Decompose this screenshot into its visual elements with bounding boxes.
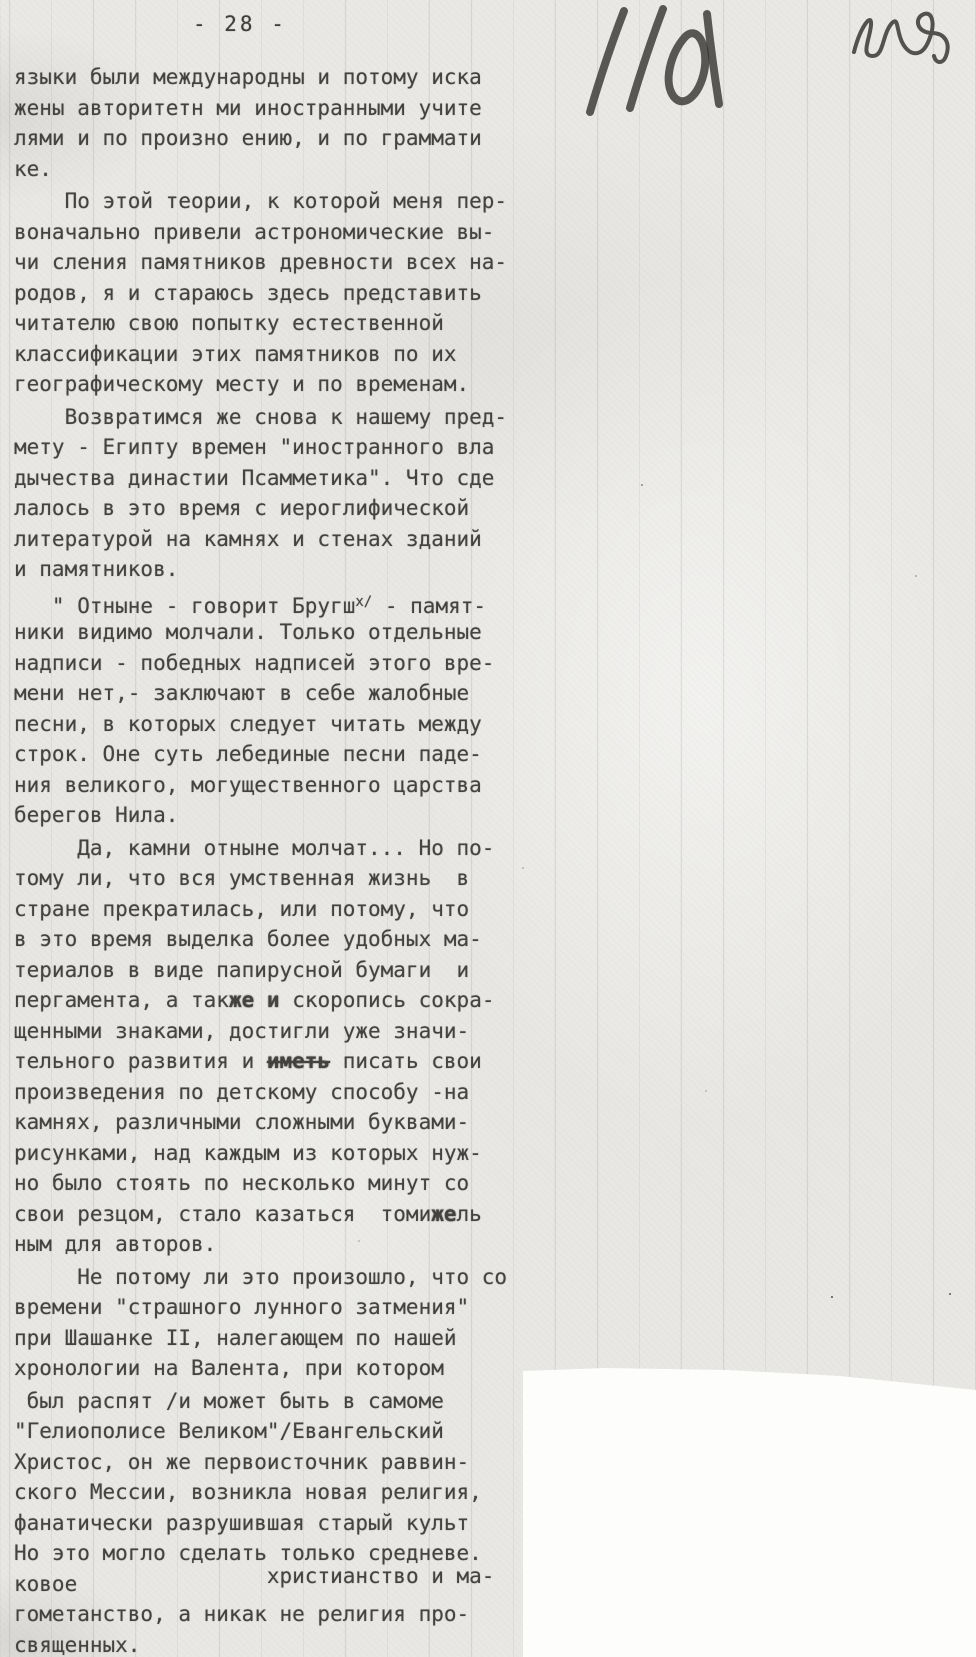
text-line: дычества династии Псамметика". Что сде: [14, 463, 530, 494]
text-segment: ния великого, могущественного царства: [14, 773, 482, 797]
text-segment: ль: [457, 1202, 482, 1226]
text-line: хронологии на Валента, при котором: [14, 1353, 530, 1384]
text-line: Не потому ли это произошло, что со: [14, 1262, 530, 1293]
text-line: надписи - победных надписей этого вре-: [14, 648, 530, 679]
text-segment: тельного развития и: [14, 1049, 267, 1073]
text-segment: языки были международны и потому иска: [14, 65, 482, 89]
text-segment: фанатически разрушившая старый культ: [14, 1511, 469, 1535]
text-line: щенными знаками, достигли уже значи-: [14, 1016, 530, 1047]
text-segment: географическому месту и по временам.: [14, 372, 469, 396]
text-line: " Отныне - говорит Бругшх/ - памят-: [14, 587, 530, 618]
text-line: времени "страшного лунного затмения": [14, 1292, 530, 1323]
text-line: ния великого, могущественного царства: [14, 770, 530, 801]
text-line: териалов в виде папирусной бумаги и: [14, 955, 530, 986]
handwritten-corner-mark: [848, 6, 966, 70]
text-segment: хронологии на Валента, при котором: [14, 1356, 444, 1380]
text-line: произведения по детскому способу -на: [14, 1077, 530, 1108]
text-segment: ным для авторов.: [14, 1232, 216, 1256]
text-segment-sup: х/: [355, 594, 372, 610]
torn-corner: [523, 1366, 976, 1657]
text-line: лями и по произно ению, и по граммати: [14, 123, 530, 154]
text-line: песни, в которых следует читать между: [14, 709, 530, 740]
paragraph: Не потому ли это произошло, что современ…: [14, 1262, 530, 1384]
text-line: воначально привели астрономические вы-: [14, 217, 530, 248]
text-line: Да, камни отныне молчат... Но по-: [14, 833, 530, 864]
text-line: свои резцом, стало казаться томижель: [14, 1199, 530, 1230]
text-line: пергамента, а также и скоропись сокра-: [14, 985, 530, 1016]
text-line: фанатически разрушившая старый культ: [14, 1508, 530, 1539]
text-segment: лалось в это время с иероглифической: [14, 496, 469, 520]
text-segment-b: и: [267, 988, 280, 1012]
text-segment: По этой теории, к которой меня пер-: [14, 189, 507, 213]
text-line: камнях, различными сложными буквами-: [14, 1107, 530, 1138]
text-segment: лями и по произно ению, и по граммати: [14, 126, 482, 150]
text-segment: - памят-: [372, 594, 486, 618]
handwritten-folio-number: [566, 4, 734, 122]
text-segment: [254, 988, 267, 1012]
text-line: классификации этих памятников по их: [14, 339, 530, 370]
text-segment: священных.: [14, 1633, 140, 1657]
text-line: читателю свою попытку естественной: [14, 308, 530, 339]
text-segment: и памятников.: [14, 557, 178, 581]
text-segment: скоропись сокра-: [280, 988, 495, 1012]
text-segment: Но это могло сделать только средневе.: [14, 1541, 482, 1565]
text-line: лалось в это время с иероглифической: [14, 493, 530, 524]
paragraph: Возвратимся же снова к нашему пред-мету …: [14, 402, 530, 585]
text-segment: мени нет,- заключают в себе жалобные: [14, 681, 469, 705]
dust-specks: [0, 0, 2, 2]
text-segment: "Гелиополисе Великом"/Евангельский: [14, 1419, 444, 1443]
text-segment: чи сления памятников древности всех на-: [14, 250, 507, 274]
text-segment: Не потому ли это произошло, что со: [14, 1265, 507, 1289]
text-segment: воначально привели астрономические вы-: [14, 220, 494, 244]
text-segment-up: христианство и ма-: [267, 1564, 495, 1588]
text-segment-strike: иметь: [267, 1049, 330, 1073]
text-segment: при Шашанке II, налегающем по нашей: [14, 1326, 457, 1350]
text-segment: дычества династии Псамметика". Что сде: [14, 466, 494, 490]
text-segment: стране прекратилась, или потому, что: [14, 897, 469, 921]
text-line: родов, я и стараюсь здесь представить: [14, 278, 530, 309]
ink-corner-strokes: [848, 6, 966, 70]
text-segment: ники видимо молчали. Только отдельные: [14, 620, 482, 644]
paragraph: был распят /и может быть в самоме"Гелиоп…: [14, 1386, 530, 1657]
text-line: тому ли, что вся умственная жизнь в: [14, 863, 530, 894]
text-segment: произведения по детскому способу -на: [14, 1080, 469, 1104]
text-segment: литературой на камнях и стенах зданий: [14, 527, 482, 551]
text-line: ным для авторов.: [14, 1229, 530, 1260]
text-segment: надписи - победных надписей этого вре-: [14, 651, 494, 675]
text-line: языки были международны и потому иска: [14, 62, 530, 93]
text-line: ники видимо молчали. Только отдельные: [14, 617, 530, 648]
text-segment: строк. Оне суть лебединые песни паде-: [14, 742, 482, 766]
scanned-document-page: { "document": { "page_number": "- 28 -",…: [0, 0, 976, 1657]
text-line: в это время выделка более удобных ма-: [14, 924, 530, 955]
text-line: географическому месту и по временам.: [14, 369, 530, 400]
text-segment: гометанство, а никак не религия про-: [14, 1602, 469, 1626]
text-segment: жены авторитетн ми иностранными учите: [14, 96, 482, 120]
text-line: но было стоять по несколько минут со: [14, 1168, 530, 1199]
text-line: тельного развития и иметь писать свои: [14, 1046, 530, 1077]
text-line: ке.: [14, 154, 530, 185]
paragraph: По этой теории, к которой меня пер-вонач…: [14, 186, 530, 400]
text-segment: был распят /и может быть в самоме: [14, 1389, 444, 1413]
text-segment: щенными знаками, достигли уже значи-: [14, 1019, 469, 1043]
text-segment: Да, камни отныне молчат... Но по-: [14, 836, 494, 860]
text-segment: но было стоять по несколько минут со: [14, 1171, 469, 1195]
pencil-1101-strokes: [566, 4, 734, 122]
text-segment: тому ли, что вся умственная жизнь в: [14, 866, 469, 890]
text-segment-b: же: [431, 1202, 456, 1226]
text-segment: ковое: [14, 1572, 267, 1596]
document-body: языки были международны и потому искажен…: [14, 62, 530, 1657]
text-line: строк. Оне суть лебединые песни паде-: [14, 739, 530, 770]
text-segment: свои резцом, стало казаться томи: [14, 1202, 431, 1226]
text-segment: камнях, различными сложными буквами-: [14, 1110, 469, 1134]
text-line: стране прекратилась, или потому, что: [14, 894, 530, 925]
text-segment: родов, я и стараюсь здесь представить: [14, 281, 482, 305]
text-line: Возвратимся же снова к нашему пред-: [14, 402, 530, 433]
text-segment: читателю свою попытку естественной: [14, 311, 444, 335]
text-line: жены авторитетн ми иностранными учите: [14, 93, 530, 124]
text-line: гометанство, а никак не религия про-: [14, 1599, 530, 1630]
text-segment: песни, в которых следует читать между: [14, 712, 482, 736]
text-segment: Христос, он же первоисточник раввин-: [14, 1450, 469, 1474]
text-line: чи сления памятников древности всех на-: [14, 247, 530, 278]
text-line: мету - Египту времен "иностранного вла: [14, 432, 530, 463]
paragraph: языки были международны и потому искажен…: [14, 62, 530, 184]
text-segment-b: же: [229, 988, 254, 1012]
paragraph: Да, камни отныне молчат... Но по-тому ли…: [14, 833, 530, 1260]
text-segment: Возвратимся же снова к нашему пред-: [14, 405, 507, 429]
text-line: мени нет,- заключают в себе жалобные: [14, 678, 530, 709]
text-line: По этой теории, к которой меня пер-: [14, 186, 530, 217]
text-line: литературой на камнях и стенах зданий: [14, 524, 530, 555]
text-line: при Шашанке II, налегающем по нашей: [14, 1323, 530, 1354]
text-line: священных.: [14, 1630, 530, 1657]
text-segment: рисунками, над каждым из которых нуж-: [14, 1141, 482, 1165]
text-segment: берегов Нила.: [14, 803, 178, 827]
text-segment: в это время выделка более удобных ма-: [14, 927, 482, 951]
text-segment: пергамента, а так: [14, 988, 229, 1012]
text-line: и памятников.: [14, 554, 530, 585]
text-line: "Гелиополисе Великом"/Евангельский: [14, 1416, 530, 1447]
text-segment: " Отныне - говорит Бругш: [14, 594, 355, 618]
page-number: - 28 -: [193, 12, 287, 36]
text-segment: времени "страшного лунного затмения": [14, 1295, 469, 1319]
text-line: берегов Нила.: [14, 800, 530, 831]
text-segment: классификации этих памятников по их: [14, 342, 457, 366]
text-line: Христос, он же первоисточник раввин-: [14, 1447, 530, 1478]
paragraph: " Отныне - говорит Бругшх/ - памят-ники …: [14, 587, 530, 831]
text-segment: териалов в виде папирусной бумаги и: [14, 958, 469, 982]
text-segment: мету - Египту времен "иностранного вла: [14, 435, 494, 459]
text-line: ского Мессии, возникла новая религия,: [14, 1477, 530, 1508]
text-segment: ке.: [14, 157, 52, 181]
text-segment: ского Мессии, возникла новая религия,: [14, 1480, 482, 1504]
text-line: был распят /и может быть в самоме: [14, 1386, 530, 1417]
text-segment: писать свои: [330, 1049, 482, 1073]
text-line: рисунками, над каждым из которых нуж-: [14, 1138, 530, 1169]
text-line: ковое христианство и ма-: [14, 1569, 530, 1600]
